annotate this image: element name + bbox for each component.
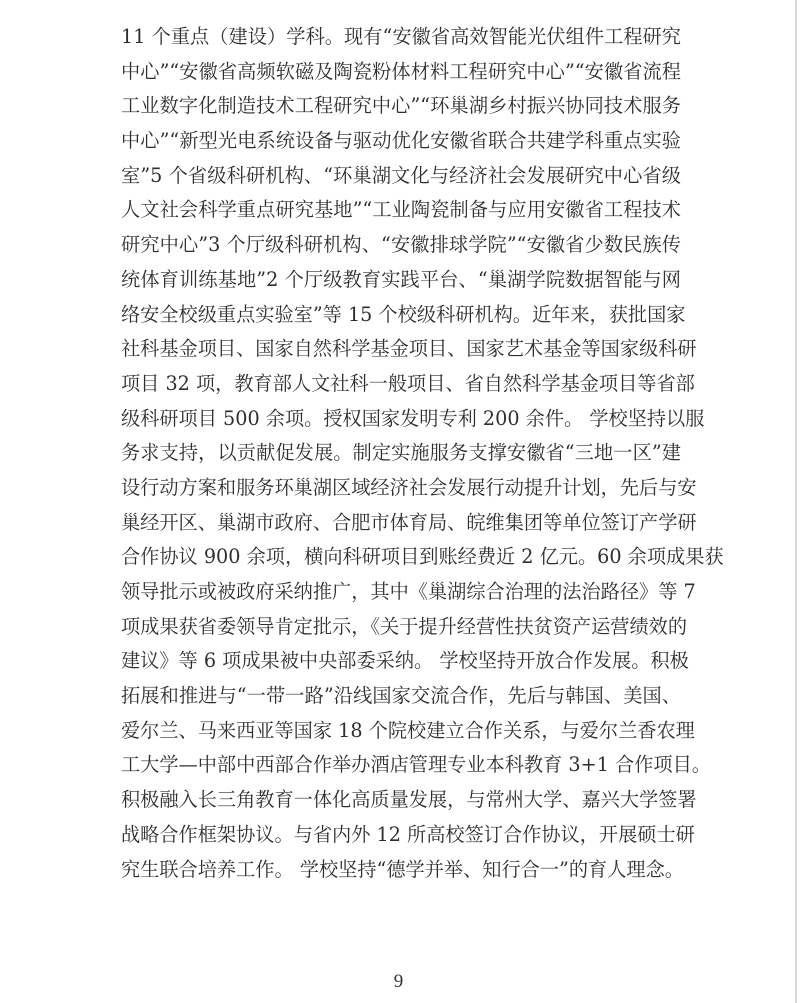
page-number: 9: [0, 970, 797, 994]
text-line: 领导批示或被政府采纳推广，其中《巢湖综合治理的法治路径》等 7: [121, 575, 681, 610]
text-line: 项成果获省委领导肯定批示，《关于提升经营性扶贫资产运营绩效的: [121, 610, 681, 645]
text-line: 拓展和推进与“一带一路”沿线国家交流合作，先后与韩国、美国、: [121, 679, 681, 714]
text-line: 战略合作框架协议。与省内外 12 所高校签订合作协议，开展硕士研: [121, 818, 681, 853]
text-line: 中心”“新型光电系统设备与驱动优化安徽省联合共建学科重点实验: [121, 124, 681, 159]
text-line: 务求支持，以贡献促发展。制定实施服务支撑安徽省“三地一区”建: [121, 436, 681, 471]
text-line: 积极融入长三角教育一体化高质量发展，与常州大学、嘉兴大学签署: [121, 783, 681, 818]
text-line: 室”5 个省级科研机构、“环巢湖文化与经济社会发展研究中心省级: [121, 159, 681, 194]
text-line: 合作协议 900 余项，横向科研项目到账经费近 2 亿元。60 余项成果获: [121, 540, 681, 575]
text-line: 统体育训练基地”2 个厅级教育实践平台、“巢湖学院数据智能与网: [121, 263, 681, 298]
text-line: 络安全校级重点实验室”等 15 个校级科研机构。近年来，获批国家: [121, 298, 681, 333]
text-line: 项目 32 项，教育部人文社科一般项目、省自然科学基金项目等省部: [121, 367, 681, 402]
text-line: 工业数字化制造技术工程研究中心”“环巢湖乡村振兴协同技术服务: [121, 89, 681, 124]
text-line: 工大学—中部中西部合作举办酒店管理专业本科教育 3+1 合作项目。: [121, 748, 681, 783]
text-line: 爱尔兰、马来西亚等国家 18 个院校建立合作关系，与爱尔兰香农理: [121, 714, 681, 749]
text-line: 社科基金项目、国家自然科学基金项目、国家艺术基金等国家级科研: [121, 332, 681, 367]
text-line: 研究中心”3 个厅级科研机构、“安徽排球学院”“安徽省少数民族传: [121, 228, 681, 263]
text-line: 设行动方案和服务环巢湖区域经济社会发展行动提升计划，先后与安: [121, 471, 681, 506]
text-line: 建议》等 6 项成果被中央部委采纳。 学校坚持开放合作发展。积极: [121, 644, 681, 679]
text-line: 中心”“安徽省高频软磁及陶瓷粉体材料工程研究中心”“安徽省流程: [121, 55, 681, 90]
text-line: 级科研项目 500 余项。授权国家发明专利 200 余件。 学校坚持以服: [121, 402, 681, 437]
text-line: 人文社会科学重点研究基地”“工业陶瓷制备与应用安徽省工程技术: [121, 193, 681, 228]
text-line: 巢经开区、巢湖市政府、合肥市体育局、皖维集团等单位签订产学研: [121, 506, 681, 541]
body-paragraph: 11 个重点（建设）学科。现有“安徽省高效智能光伏组件工程研究 中心”“安徽省高…: [121, 20, 681, 887]
text-line: 11 个重点（建设）学科。现有“安徽省高效智能光伏组件工程研究: [121, 20, 681, 55]
text-line: 究生联合培养工作。 学校坚持“德学并举、知行合一”的育人理念。: [121, 853, 681, 888]
document-page: 11 个重点（建设）学科。现有“安徽省高效智能光伏组件工程研究 中心”“安徽省高…: [0, 0, 797, 1003]
